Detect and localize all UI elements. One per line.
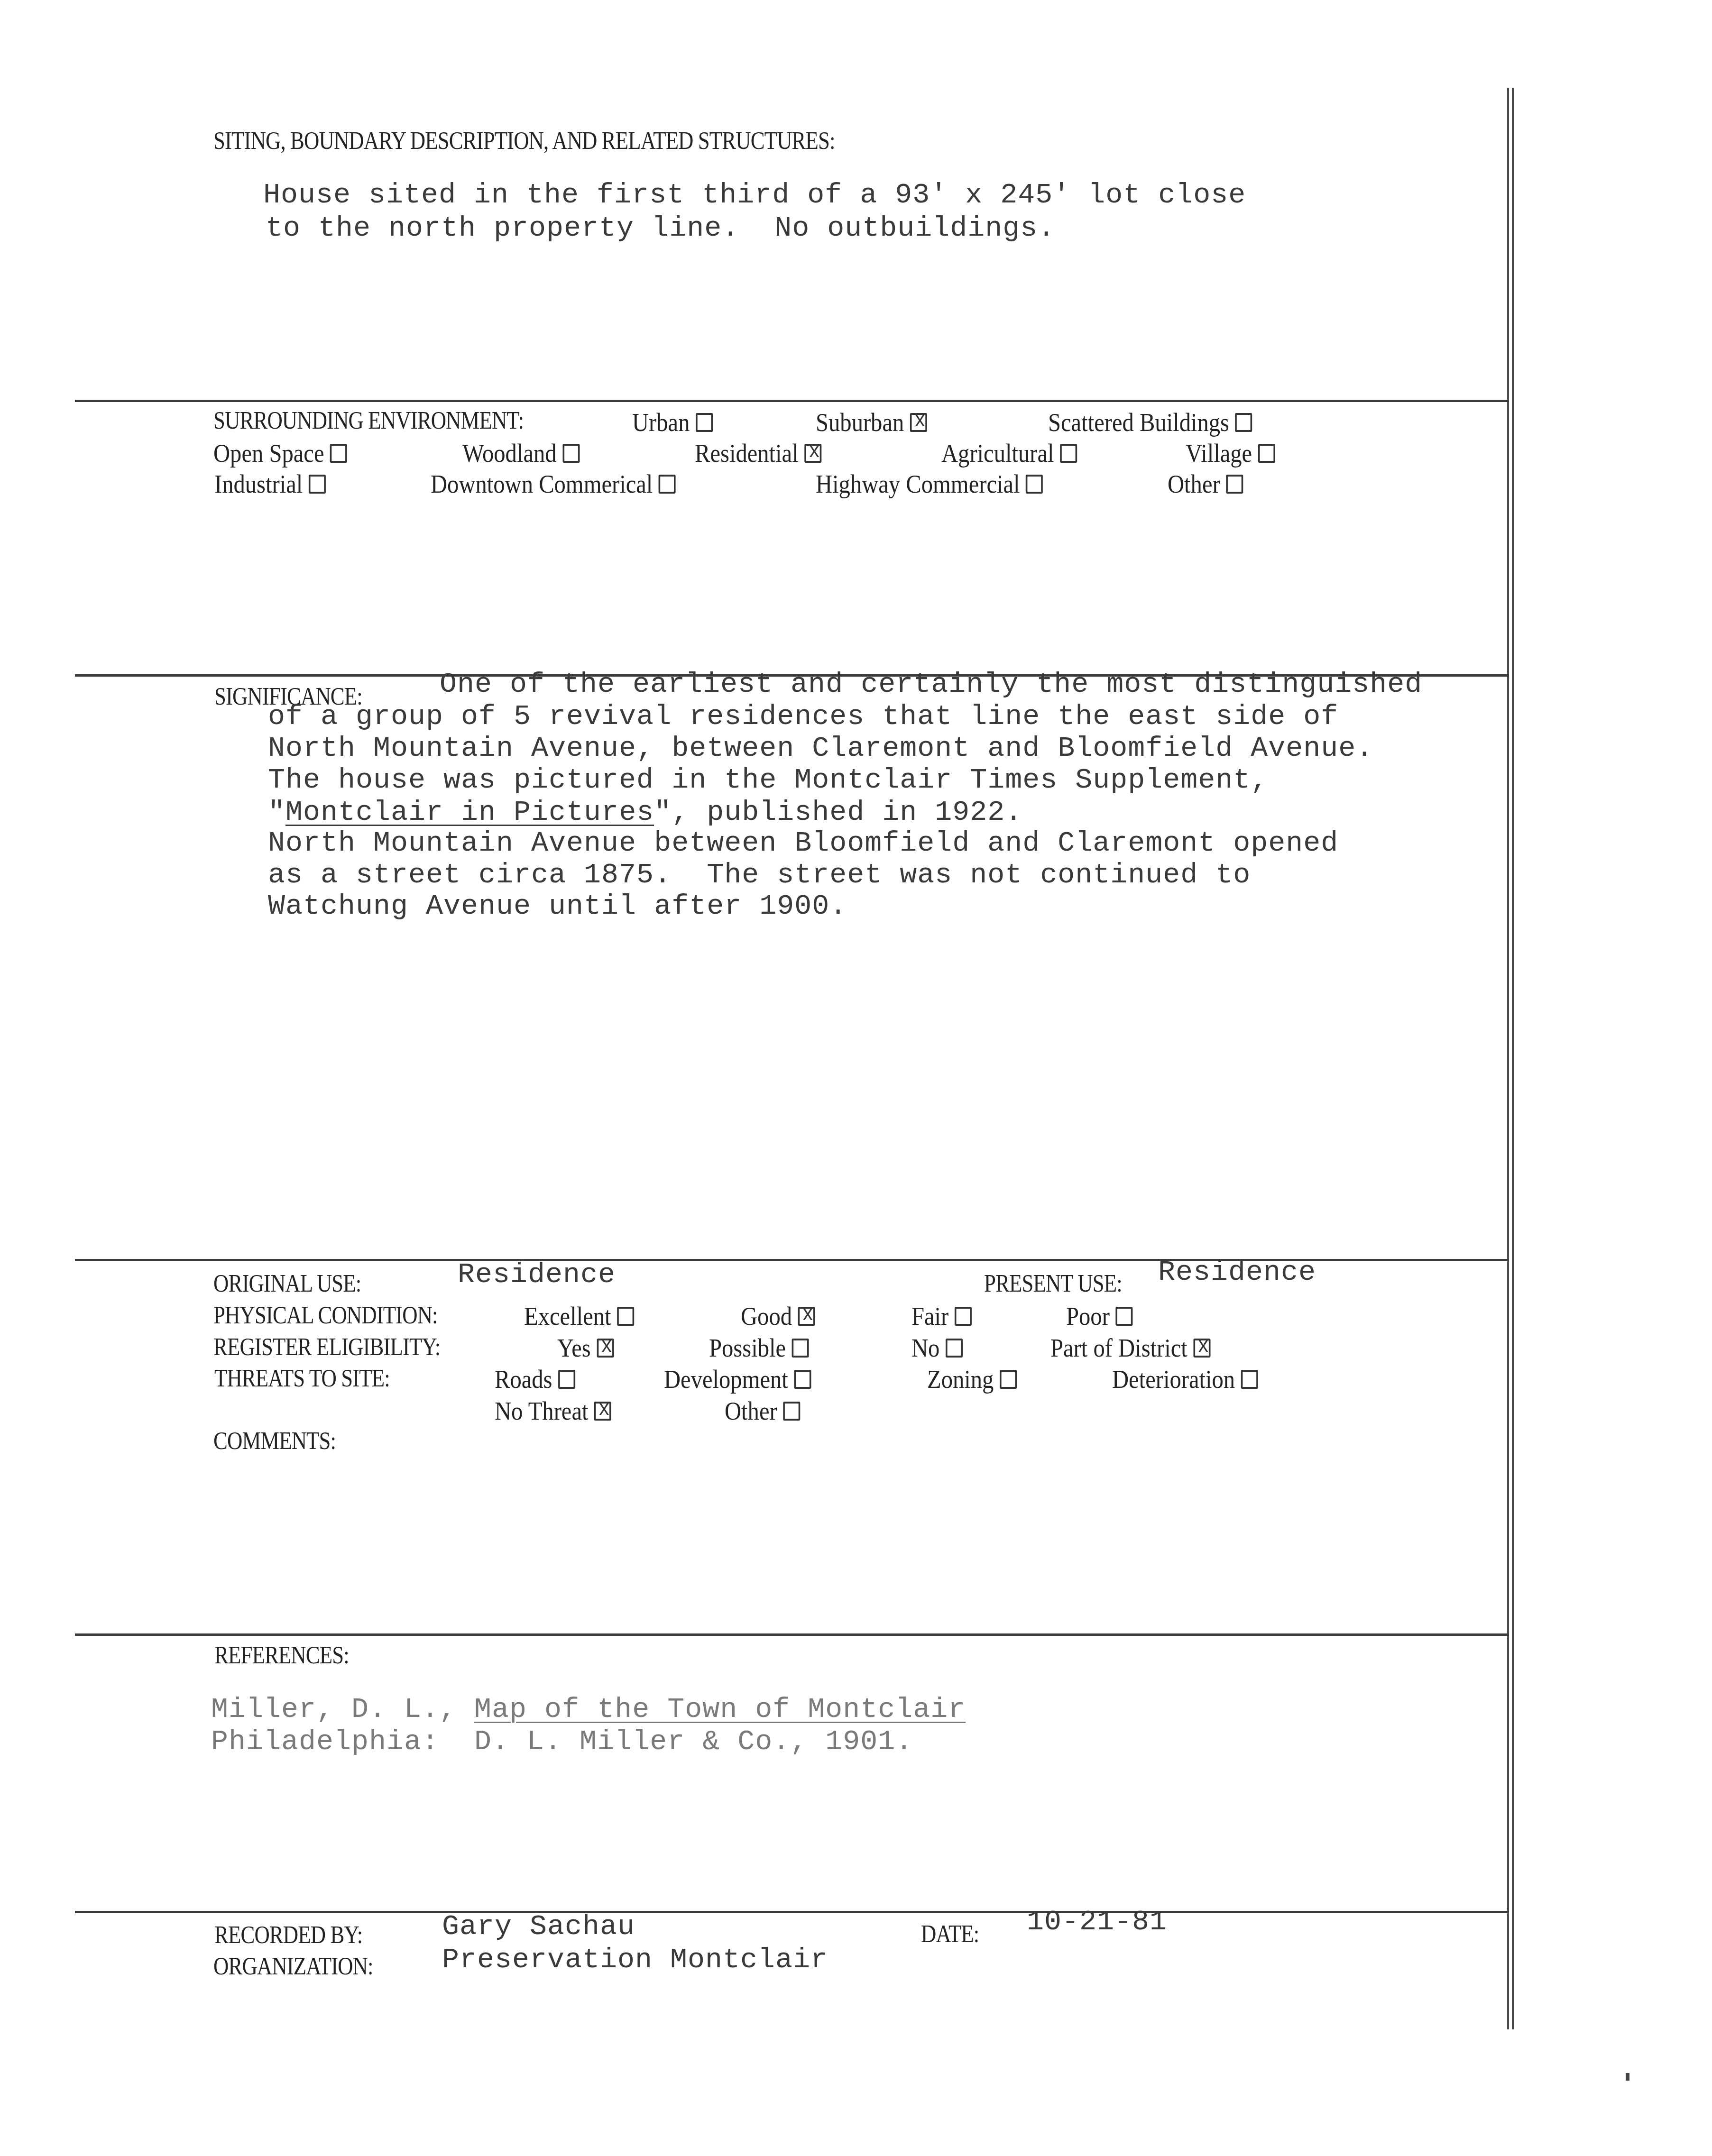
checkbox-unchecked-icon[interactable] bbox=[1060, 444, 1077, 463]
option-good[interactable]: Good bbox=[741, 1302, 815, 1331]
checkbox-unchecked-icon[interactable] bbox=[946, 1339, 963, 1358]
option-label: Zoning bbox=[927, 1365, 994, 1394]
reference-line: Miller, D. L., Map of the Town of Montcl… bbox=[211, 1694, 966, 1726]
checkbox-unchecked-icon[interactable] bbox=[562, 444, 580, 463]
checkbox-unchecked-icon[interactable] bbox=[1115, 1307, 1132, 1326]
option-threat-other[interactable]: Other bbox=[725, 1396, 800, 1426]
checkbox-unchecked-icon[interactable] bbox=[1241, 1370, 1258, 1389]
option-label: Other bbox=[1168, 469, 1220, 499]
option-label: Yes bbox=[557, 1333, 591, 1363]
option-village[interactable]: Village bbox=[1186, 439, 1275, 468]
siting-text-line: to the north property line. No outbuildi… bbox=[266, 212, 1055, 245]
option-zoning[interactable]: Zoning bbox=[927, 1365, 1017, 1394]
checkbox-checked-icon[interactable] bbox=[804, 444, 821, 463]
option-woodland[interactable]: Woodland bbox=[462, 439, 580, 468]
section-divider bbox=[75, 1633, 1509, 1636]
significance-text-line: North Mountain Avenue, between Claremont… bbox=[268, 733, 1373, 765]
checkbox-unchecked-icon[interactable] bbox=[696, 413, 713, 432]
option-label: Downtown Commerical bbox=[431, 469, 653, 499]
option-part-of-district[interactable]: Part of District bbox=[1050, 1333, 1210, 1363]
significance-text-line: North Mountain Avenue between Bloomfield… bbox=[268, 827, 1338, 860]
recorded-by-value: Gary Sachau bbox=[442, 1911, 635, 1943]
checkbox-unchecked-icon[interactable] bbox=[659, 475, 676, 494]
checkbox-checked-icon[interactable] bbox=[594, 1402, 611, 1421]
checkbox-unchecked-icon[interactable] bbox=[1258, 444, 1275, 463]
reference-line: Philadelphia: D. L. Miller & Co., 1901. bbox=[211, 1726, 913, 1758]
option-agricultural[interactable]: Agricultural bbox=[941, 439, 1077, 468]
checkbox-unchecked-icon[interactable] bbox=[617, 1307, 634, 1326]
option-label: Residential bbox=[695, 439, 799, 468]
checkbox-checked-icon[interactable] bbox=[798, 1307, 815, 1326]
reference-title: Map of the Town of Montclair bbox=[474, 1694, 966, 1726]
option-label: Excellent bbox=[524, 1302, 611, 1331]
significance-text-line: "Montclair in Pictures", published in 19… bbox=[268, 797, 1022, 829]
significance-text-line: of a group of 5 revival residences that … bbox=[268, 701, 1338, 733]
quote-mark: " bbox=[268, 797, 285, 829]
checkbox-unchecked-icon[interactable] bbox=[1026, 475, 1043, 494]
date-label: DATE: bbox=[921, 1920, 979, 1948]
option-label: Scattered Buildings bbox=[1048, 408, 1229, 437]
option-yes[interactable]: Yes bbox=[557, 1333, 614, 1363]
option-label: No Threat bbox=[495, 1396, 588, 1426]
present-use-label: PRESENT USE: bbox=[984, 1270, 1122, 1298]
significance-text-line: One of the earliest and certainly the mo… bbox=[440, 669, 1422, 701]
option-label: Highway Commercial bbox=[816, 469, 1020, 499]
siting-text-line: House sited in the first third of a 93' … bbox=[263, 179, 1246, 211]
option-industrial[interactable]: Industrial bbox=[214, 469, 326, 499]
option-suburban[interactable]: Suburban bbox=[816, 408, 927, 437]
option-label: Deterioration bbox=[1112, 1365, 1235, 1394]
significance-text-line: as a street circa 1875. The street was n… bbox=[268, 859, 1251, 891]
option-no[interactable]: No bbox=[911, 1333, 963, 1363]
references-label: REFERENCES: bbox=[214, 1642, 349, 1670]
right-border-line bbox=[1507, 88, 1509, 2029]
option-label: Good bbox=[741, 1302, 792, 1331]
option-label: Roads bbox=[495, 1365, 552, 1394]
option-fair[interactable]: Fair bbox=[911, 1302, 972, 1331]
option-label: Agricultural bbox=[941, 439, 1054, 468]
option-label: Poor bbox=[1066, 1302, 1110, 1331]
option-label: Part of District bbox=[1050, 1333, 1187, 1363]
option-label: Open Space bbox=[213, 439, 324, 468]
option-label: Other bbox=[725, 1396, 777, 1426]
option-poor[interactable]: Poor bbox=[1066, 1302, 1132, 1331]
option-roads[interactable]: Roads bbox=[495, 1365, 575, 1394]
section-divider bbox=[75, 400, 1509, 402]
right-border-line bbox=[1512, 88, 1514, 2029]
surrounding-environment-label: SURROUNDING ENVIRONMENT: bbox=[213, 407, 524, 435]
siting-label: SITING, BOUNDARY DESCRIPTION, AND RELATE… bbox=[213, 127, 835, 155]
scan-speck bbox=[1626, 2073, 1629, 2081]
option-label: Urban bbox=[632, 408, 690, 437]
option-open-space[interactable]: Open Space bbox=[213, 439, 347, 468]
checkbox-unchecked-icon[interactable] bbox=[783, 1402, 800, 1421]
register-eligibility-label: REGISTER ELIGIBILITY: bbox=[213, 1333, 440, 1361]
original-use-label: ORIGINAL USE: bbox=[213, 1270, 361, 1298]
date-value: 10-21-81 bbox=[1027, 1906, 1167, 1938]
option-scattered-buildings[interactable]: Scattered Buildings bbox=[1048, 408, 1252, 437]
publication-detail: ", published in 1922. bbox=[654, 797, 1022, 829]
option-label: Industrial bbox=[214, 469, 303, 499]
checkbox-unchecked-icon[interactable] bbox=[955, 1307, 972, 1326]
checkbox-unchecked-icon[interactable] bbox=[1226, 475, 1243, 494]
option-possible[interactable]: Possible bbox=[709, 1333, 809, 1363]
organization-label: ORGANIZATION: bbox=[213, 1953, 373, 1981]
checkbox-unchecked-icon[interactable] bbox=[309, 475, 326, 494]
option-residential[interactable]: Residential bbox=[695, 439, 821, 468]
checkbox-unchecked-icon[interactable] bbox=[794, 1370, 811, 1389]
checkbox-unchecked-icon[interactable] bbox=[1000, 1370, 1017, 1389]
option-excellent[interactable]: Excellent bbox=[524, 1302, 634, 1331]
option-label: Suburban bbox=[816, 408, 904, 437]
checkbox-checked-icon[interactable] bbox=[910, 413, 927, 432]
option-label: Development bbox=[664, 1365, 788, 1394]
threats-to-site-label: THREATS TO SITE: bbox=[214, 1365, 390, 1393]
option-label: Woodland bbox=[462, 439, 557, 468]
option-downtown-commercial[interactable]: Downtown Commerical bbox=[431, 469, 676, 499]
survey-form-page: SITING, BOUNDARY DESCRIPTION, AND RELATE… bbox=[0, 0, 1712, 2156]
publication-title: Montclair in Pictures bbox=[285, 797, 654, 829]
option-label: Possible bbox=[709, 1333, 786, 1363]
checkbox-unchecked-icon[interactable] bbox=[792, 1339, 809, 1358]
checkbox-unchecked-icon[interactable] bbox=[558, 1370, 575, 1389]
checkbox-unchecked-icon[interactable] bbox=[1235, 413, 1252, 432]
organization-value: Preservation Montclair bbox=[442, 1944, 828, 1976]
option-deterioration[interactable]: Deterioration bbox=[1112, 1365, 1258, 1394]
checkbox-unchecked-icon[interactable] bbox=[330, 444, 347, 463]
option-urban[interactable]: Urban bbox=[632, 408, 713, 437]
reference-author: Miller, D. L., bbox=[211, 1694, 474, 1726]
comments-label: COMMENTS: bbox=[213, 1427, 336, 1455]
option-label: Fair bbox=[911, 1302, 948, 1331]
option-development[interactable]: Development bbox=[664, 1365, 811, 1394]
significance-text-line: Watchung Avenue until after 1900. bbox=[268, 890, 847, 923]
option-label: Village bbox=[1186, 439, 1252, 468]
option-other[interactable]: Other bbox=[1168, 469, 1243, 499]
present-use-value: Residence bbox=[1158, 1257, 1316, 1289]
option-highway-commercial[interactable]: Highway Commercial bbox=[816, 469, 1043, 499]
physical-condition-label: PHYSICAL CONDITION: bbox=[213, 1302, 438, 1330]
significance-text-line: The house was pictured in the Montclair … bbox=[268, 764, 1268, 797]
option-label: No bbox=[911, 1333, 939, 1363]
option-no-threat[interactable]: No Threat bbox=[495, 1396, 611, 1426]
checkbox-checked-icon[interactable] bbox=[597, 1339, 614, 1358]
section-divider bbox=[75, 1911, 1509, 1913]
recorded-by-label: RECORDED BY: bbox=[214, 1921, 362, 1949]
original-use-value: Residence bbox=[458, 1259, 616, 1291]
checkbox-checked-icon[interactable] bbox=[1193, 1339, 1210, 1358]
